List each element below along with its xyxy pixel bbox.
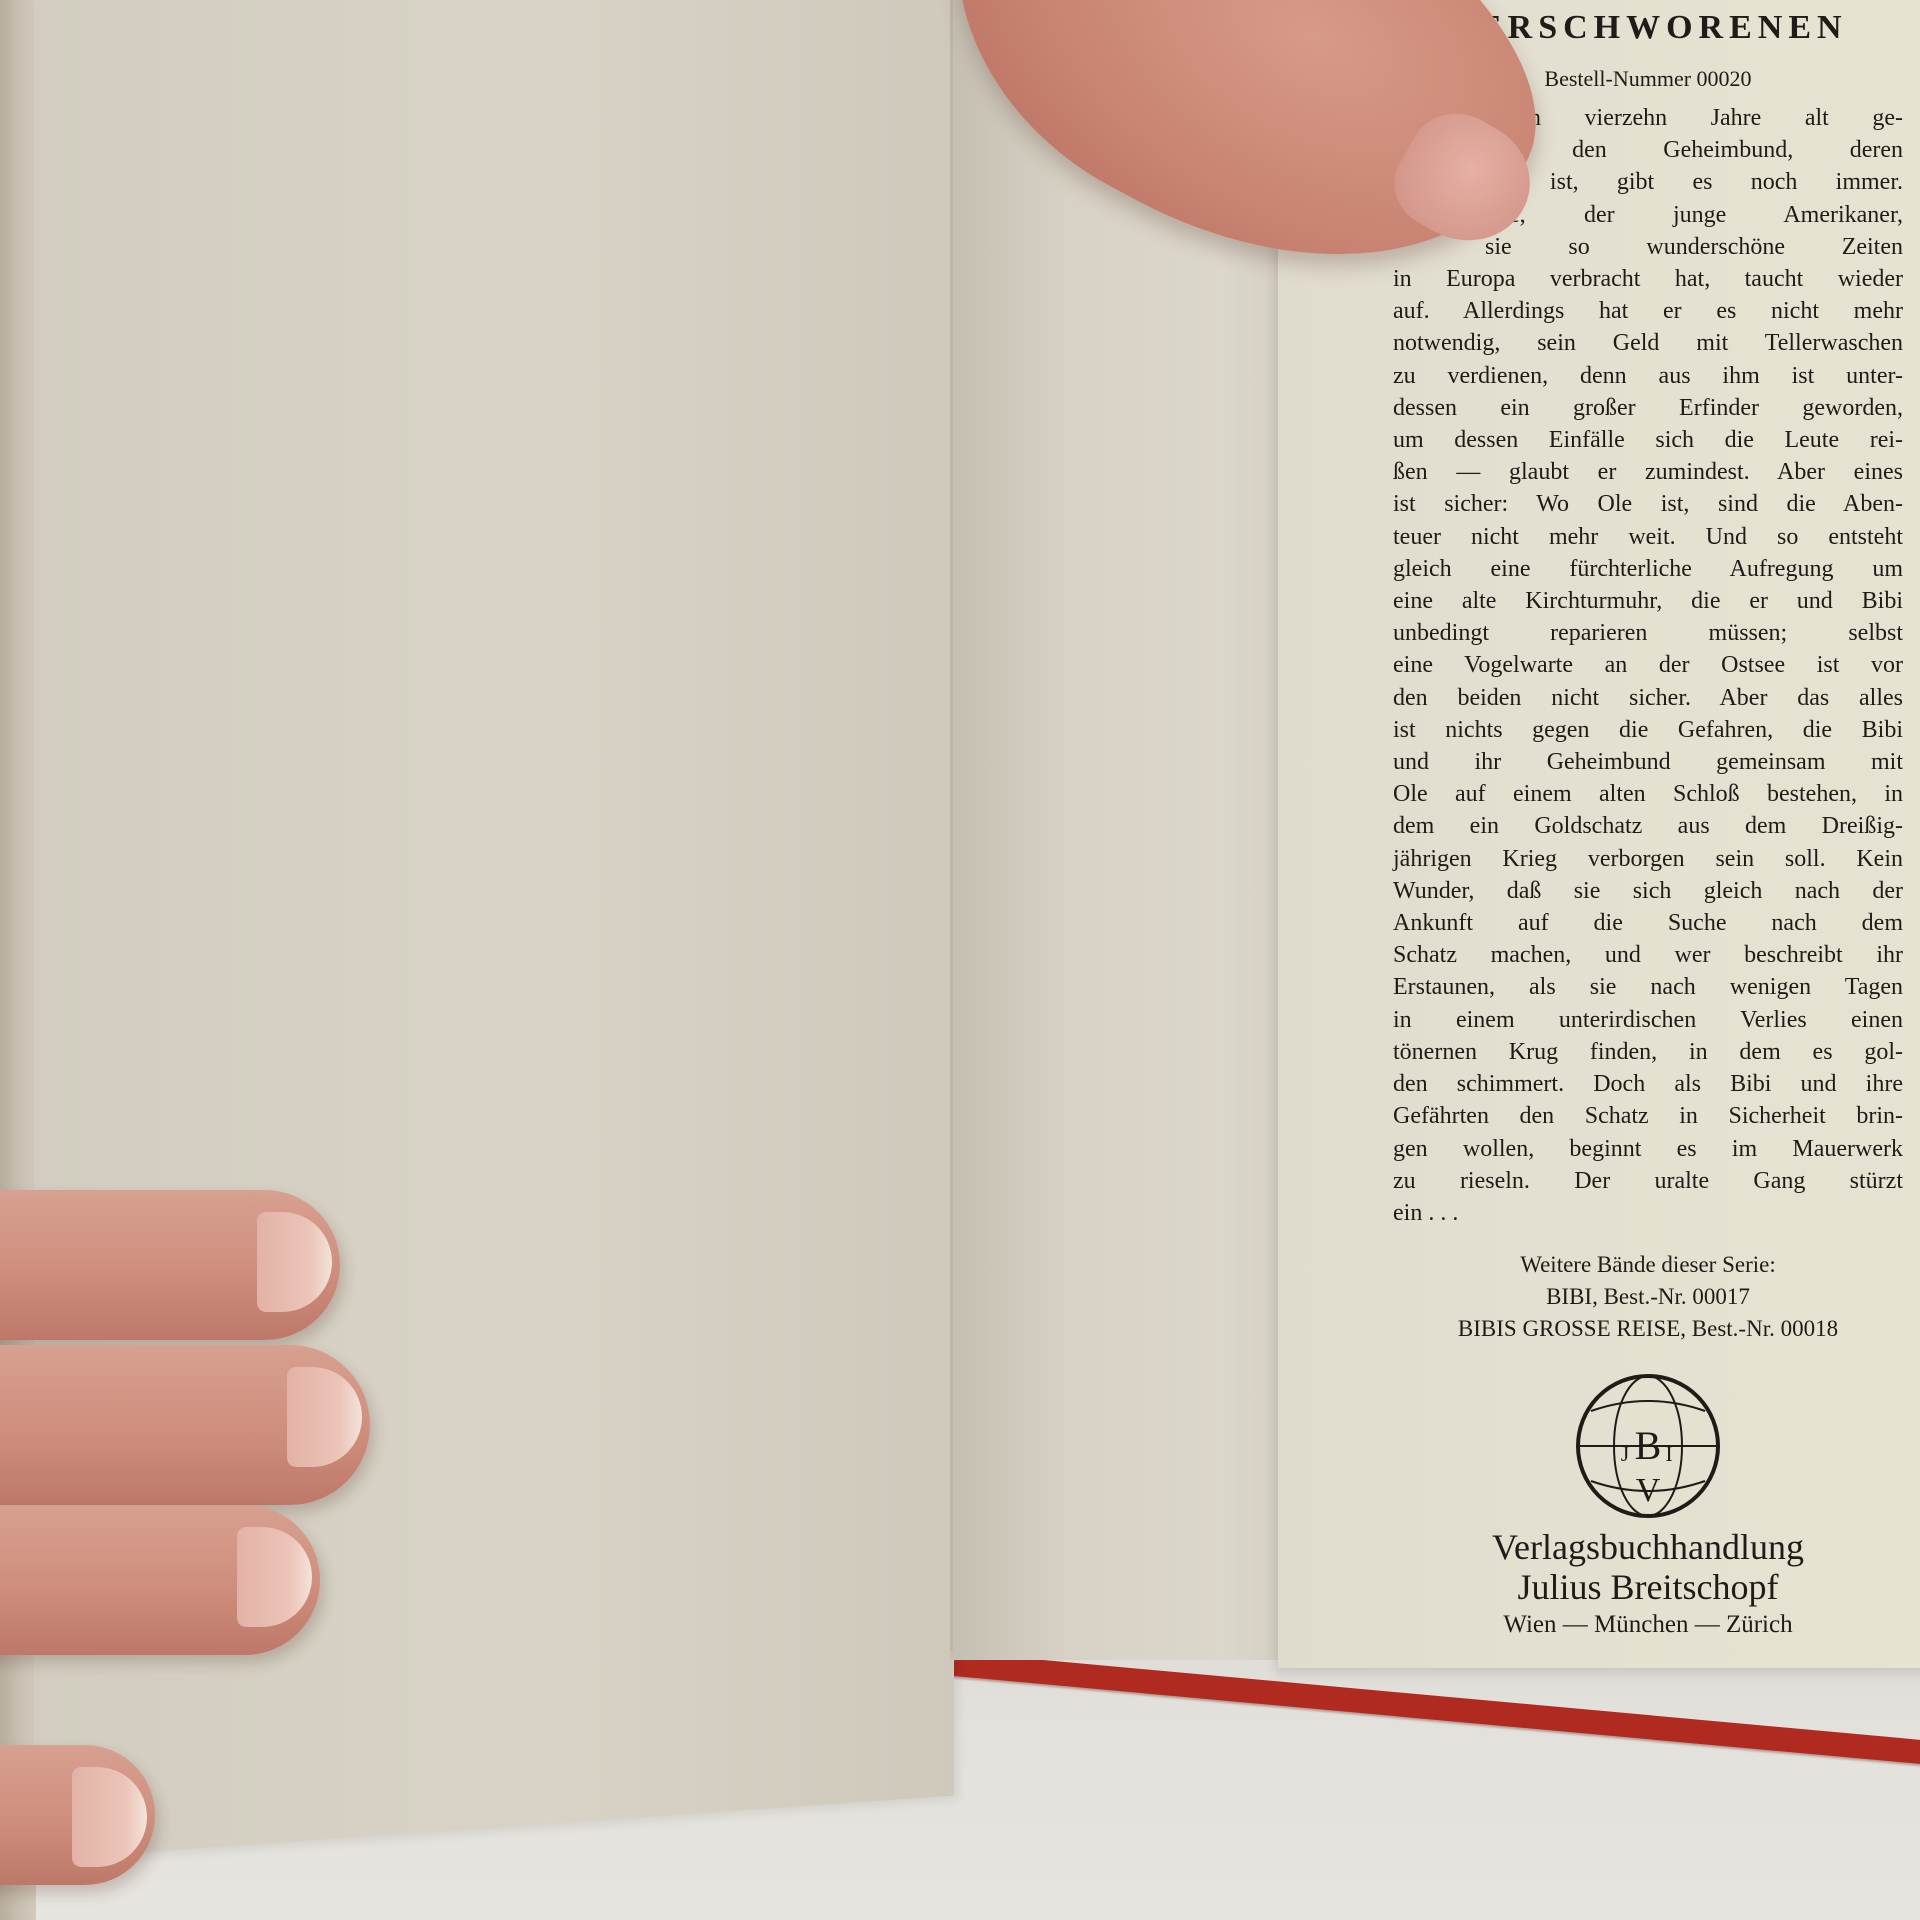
blurb-line: um dessen Einfälle sich die Leute rei- bbox=[1393, 424, 1903, 456]
blurb-line: in einem unterirdischen Verlies einen bbox=[1393, 1004, 1903, 1036]
blurb-line: und ihr Geheimbund gemeinsam mit bbox=[1393, 746, 1903, 778]
blurb-line: ein . . . bbox=[1393, 1197, 1903, 1229]
fingernail bbox=[237, 1527, 312, 1627]
blurb-line: Erstaunen, als sie nach wenigen Tagen bbox=[1393, 971, 1903, 1003]
blurb-line: eine Vogelwarte an der Ostsee ist vor bbox=[1393, 649, 1903, 681]
blurb-line: zu verdienen, denn aus ihm ist unter- bbox=[1393, 360, 1903, 392]
blurb-line: tönernen Krug finden, in dem es gol- bbox=[1393, 1036, 1903, 1068]
finger bbox=[0, 1505, 320, 1655]
fingernail bbox=[257, 1212, 332, 1312]
blurb-line: dessen ein großer Erfinder geworden, bbox=[1393, 392, 1903, 424]
blurb-line: ßen — glaubt er zumindest. Aber eines bbox=[1393, 456, 1903, 488]
blurb-line: in Europa verbracht hat, taucht wieder bbox=[1393, 263, 1903, 295]
publisher-name-line2: Julius Breitschopf bbox=[1393, 1567, 1903, 1607]
blurb-line: jährigen Krieg verborgen sein soll. Kein bbox=[1393, 843, 1903, 875]
page-fold-line bbox=[950, 0, 953, 1650]
finger bbox=[0, 1190, 340, 1340]
fingernail bbox=[72, 1767, 147, 1867]
publisher-cities: Wien — München — Zürich bbox=[1393, 1607, 1903, 1643]
blurb-line: dem ein Goldschatz aus dem Dreißig- bbox=[1393, 810, 1903, 842]
globe-jbv-monogram-icon: B J I V bbox=[1573, 1371, 1723, 1521]
blurb-line: Wunder, daß sie sich gleich nach der bbox=[1393, 875, 1903, 907]
svg-text:B: B bbox=[1635, 1423, 1662, 1468]
blurb-line: gleich eine fürchterliche Aufregung um bbox=[1393, 553, 1903, 585]
blurb-text: schon vierzehn Jahre alt ge- ber den Geh… bbox=[1393, 102, 1903, 1229]
finger bbox=[0, 1345, 370, 1505]
blurb-line: eine alte Kirchturmuhr, die er und Bibi bbox=[1393, 585, 1903, 617]
svg-text:J: J bbox=[1621, 1441, 1630, 1466]
svg-text:I: I bbox=[1665, 1441, 1672, 1466]
publisher-imprint: Verlagsbuchhandlung Julius Breitschopf W… bbox=[1393, 1527, 1903, 1643]
photo-scene: VERSCHWORENEN Bestell-Nummer 00020 schon… bbox=[0, 0, 1920, 1920]
series-heading: Weitere Bände dieser Serie: bbox=[1393, 1249, 1903, 1281]
blurb-line: Gefährten den Schatz in Sicherheit brin- bbox=[1393, 1100, 1903, 1132]
blurb-line: auf. Allerdings hat er es nicht mehr bbox=[1393, 295, 1903, 327]
endpaper-gutter bbox=[950, 0, 1290, 1660]
finger bbox=[0, 1745, 155, 1885]
blurb-line: notwendig, sein Geld mit Tellerwaschen bbox=[1393, 327, 1903, 359]
blurb-line: ist sicher: Wo Ole ist, sind die Aben- bbox=[1393, 488, 1903, 520]
blurb-line: Ankunft auf die Suche nach dem bbox=[1393, 907, 1903, 939]
blurb-line: Ole auf einem alten Schloß bestehen, in bbox=[1393, 778, 1903, 810]
blurb-line: Schatz machen, und wer beschreibt ihr bbox=[1393, 939, 1903, 971]
series-list: Weitere Bände dieser Serie: BIBI, Best.-… bbox=[1393, 1249, 1903, 1345]
blurb-line: den schimmert. Doch als Bibi und ihre bbox=[1393, 1068, 1903, 1100]
fingernail bbox=[287, 1367, 362, 1467]
blurb-line: teuer nicht mehr weit. Und so entsteht bbox=[1393, 521, 1903, 553]
blurb-line: unbedingt reparieren müssen; selbst bbox=[1393, 617, 1903, 649]
publisher-name-line1: Verlagsbuchhandlung bbox=[1393, 1527, 1903, 1567]
svg-text:V: V bbox=[1636, 1472, 1661, 1509]
blurb-line: gen wollen, beginnt es im Mauerwerk bbox=[1393, 1133, 1903, 1165]
series-item: BIBI, Best.-Nr. 00017 bbox=[1393, 1281, 1903, 1313]
flap-text-block: VERSCHWORENEN Bestell-Nummer 00020 schon… bbox=[1393, 0, 1903, 1643]
blurb-line: ist nichts gegen die Gefahren, die Bibi bbox=[1393, 714, 1903, 746]
blurb-line: den beiden nicht sicher. Aber das alles bbox=[1393, 682, 1903, 714]
blurb-line: zu rieseln. Der uralte Gang stürzt bbox=[1393, 1165, 1903, 1197]
series-item: BIBIS GROSSE REISE, Best.-Nr. 00018 bbox=[1393, 1313, 1903, 1345]
